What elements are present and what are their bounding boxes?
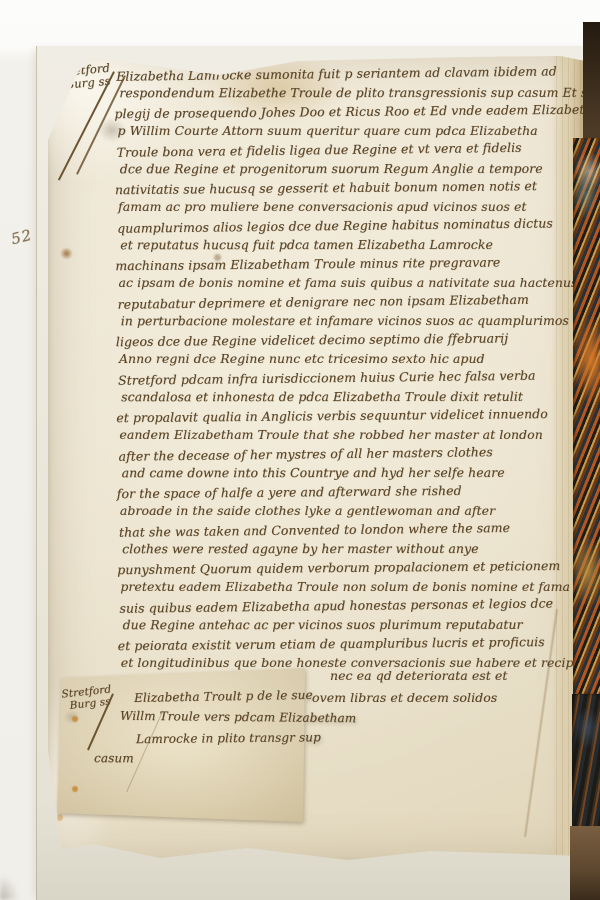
- marbled-paper: [573, 138, 600, 694]
- manuscript-line: clothes were rested agayne by her master…: [122, 539, 568, 558]
- binding-board-foot: [570, 826, 600, 900]
- manuscript-line: and came downe into this Countrye and hy…: [122, 463, 568, 482]
- slip-line: casum: [94, 748, 356, 771]
- foxing-spot: [72, 786, 78, 792]
- manuscript-line: et reputatus hucusq fuit pdca tamen Eliz…: [120, 235, 566, 254]
- photo-frame: 52 Stretford Burg ss Elizabetha Lamrocke…: [0, 0, 600, 900]
- paper-spot: [60, 248, 73, 259]
- manuscript-line: et propalavit qualia in Anglicis verbis …: [116, 404, 562, 427]
- attached-slip: Stretford Burg ss Elizabetha Troult p de…: [56, 664, 312, 826]
- manuscript-line: for the space of halfe a yere and afterw…: [117, 480, 563, 503]
- manuscript-line-partial: nec ea qd deteriorata est et: [330, 668, 507, 683]
- manuscript-line: respondendum Elizabethe Troule de plito …: [119, 83, 565, 102]
- manuscript-page: Stretford Burg ss Elizabetha Lamrocke su…: [48, 48, 585, 862]
- slip-line: Elizabetha Troult p de le sue: [134, 684, 357, 709]
- manuscript-line: scandalosa et inhonesta de pdca Elizabet…: [121, 387, 567, 406]
- manuscript-line: in perturbacione molestare et infamare v…: [121, 311, 567, 330]
- manuscript-line: machinans ipsam Elizabetham Troule minus…: [115, 252, 561, 275]
- manuscript-line: plegij de prosequendo Johes Doo et Ricus…: [114, 100, 560, 123]
- folio-number: 52: [9, 226, 34, 249]
- manuscript-line: et peiorata existit verum etiam de quamp…: [118, 632, 564, 655]
- bottom-left-shadow: [0, 876, 18, 900]
- manuscript-line: ligeos dce due Regine videlicet decimo s…: [116, 328, 562, 351]
- main-text-block: Elizabetha Lamrocke sumonita fuit p seri…: [116, 63, 566, 674]
- manuscript-line: due Regine antehac ac per vicinos suos p…: [123, 615, 569, 634]
- marbled-paper: [572, 694, 600, 830]
- manuscript-line: dce due Regine et progenitorum suorum Re…: [120, 159, 566, 178]
- manuscript-line: punyshment Quorum quidem verborum propal…: [117, 556, 563, 579]
- manuscript-line: nativitatis sue hucusq se gesserit et ha…: [115, 176, 561, 199]
- foxing-spot: [72, 716, 78, 722]
- slip-line: Lamrocke in plito transgr sup: [136, 727, 356, 750]
